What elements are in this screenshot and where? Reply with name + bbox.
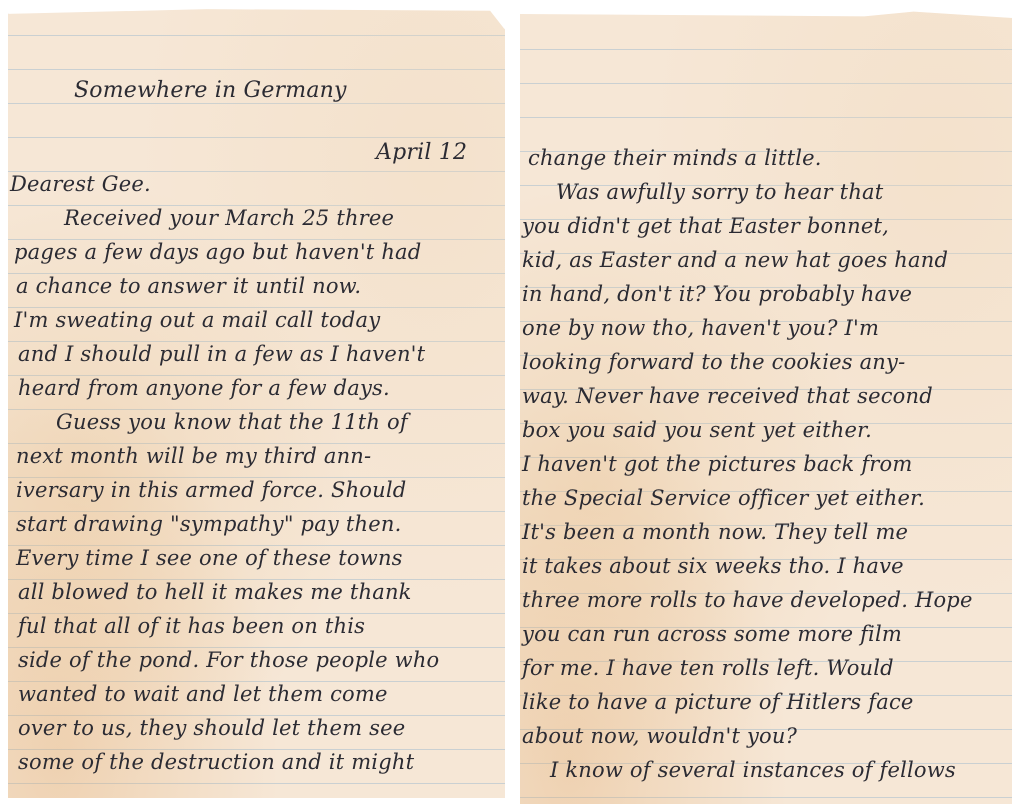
letter-line: way. Never have received that second <box>522 386 933 407</box>
letter-line: box you said you sent yet either. <box>522 420 872 441</box>
letter-line: wanted to wait and let them come <box>18 684 388 705</box>
letter-line: ful that all of it has been on this <box>18 616 365 637</box>
letter-line: Received your March 25 three <box>64 208 394 229</box>
letter-line: the Special Service officer yet either. <box>522 488 925 509</box>
letter-line: Every time I see one of these towns <box>16 548 403 569</box>
letter-date: April 12 <box>376 142 467 164</box>
letter-salutation: Dearest Gee. <box>10 174 151 195</box>
letter-line: heard from anyone for a few days. <box>18 378 390 399</box>
letter-line: start drawing "sympathy" pay then. <box>16 514 401 535</box>
letter-line: some of the destruction and it might <box>18 752 414 773</box>
letter-line: Guess you know that the 11th of <box>56 412 408 433</box>
letter-line: three more rolls to have developed. Hope <box>522 590 973 611</box>
letter-line: It's been a month now. They tell me <box>522 522 908 543</box>
letter-line: kid, as Easter and a new hat goes hand <box>522 250 948 271</box>
letter-line: Was awfully sorry to hear that <box>556 182 883 203</box>
letter-line: over to us, they should let them see <box>18 718 405 739</box>
letter-line: and I should pull in a few as I haven't <box>18 344 425 365</box>
letter-line: I haven't got the pictures back from <box>522 454 912 475</box>
letter-line: looking forward to the cookies any- <box>522 352 905 373</box>
letter-page-2: change their minds a little. Was awfully… <box>520 10 1012 804</box>
letter-line: you didn't get that Easter bonnet, <box>522 216 889 237</box>
letter-line: about now, wouldn't you? <box>522 726 797 747</box>
letter-heading: Somewhere in Germany <box>74 80 347 102</box>
letter-line: pages a few days ago but haven't had <box>14 242 421 263</box>
letter-line: iversary in this armed force. Should <box>16 480 406 501</box>
letter-scan: Somewhere in Germany April 12 Dearest Ge… <box>0 0 1024 804</box>
letter-line: next month will be my third ann- <box>16 446 371 467</box>
letter-line: a chance to answer it until now. <box>16 276 361 297</box>
letter-page-1: Somewhere in Germany April 12 Dearest Ge… <box>8 6 505 798</box>
letter-line: one by now tho, haven't you? I'm <box>522 318 879 339</box>
letter-line: side of the pond. For those people who <box>18 650 439 671</box>
letter-line: change their minds a little. <box>528 148 822 169</box>
letter-line: all blowed to hell it makes me thank <box>18 582 412 603</box>
letter-line: I'm sweating out a mail call today <box>14 310 380 331</box>
letter-line: for me. I have ten rolls left. Would <box>522 658 894 679</box>
letter-line: in hand, don't it? You probably have <box>522 284 912 305</box>
letter-line: like to have a picture of Hitlers face <box>522 692 914 713</box>
letter-line: I know of several instances of fellows <box>550 760 956 781</box>
letter-line: it takes about six weeks tho. I have <box>522 556 904 577</box>
letter-line: you can run across some more film <box>522 624 902 645</box>
